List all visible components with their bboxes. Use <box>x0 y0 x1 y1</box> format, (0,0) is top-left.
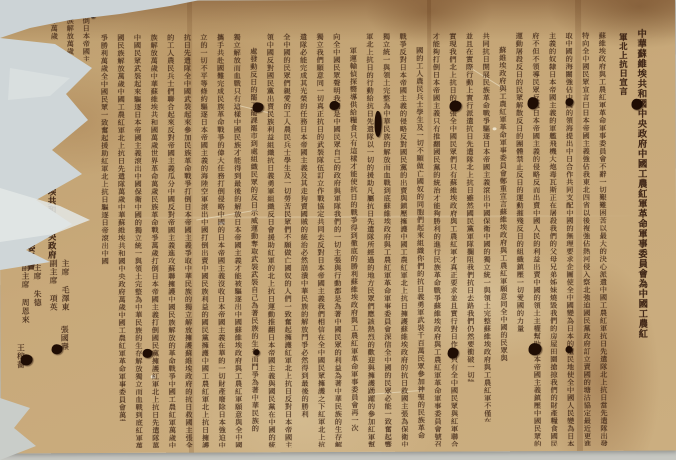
body-column: 的工人農民兵士們聯合起來反對帝國主義瓜分中國反對帝國主義進攻蘇聯擁護中國民族解放… <box>166 34 178 448</box>
ink-blot <box>449 100 461 111</box>
body-column: 實現我們北上抗日的主張全中國民眾們只有蘇維埃政府與工農紅軍才真正要求並且實行對日… <box>448 32 460 446</box>
body-column: 特向全中國民眾宣言曰日本帝國主義強佔我東北四省以後複強佔熱河侵入察北強迫國民黨政… <box>581 32 593 446</box>
body-column: 攜手共赴國難完成民族革命戰爭的偉大任務打倒侵略中國的日本帝國主義沒收日本帝國主義… <box>216 33 228 447</box>
ink-blot <box>374 111 381 137</box>
body-column: 領中國反對國民黨出賣民族利益組織抗日義勇軍組織反日會援助紅軍的北上抗日運動推翻日… <box>266 33 278 447</box>
signature-name-zhou-enlai: 副主席 周恩來 <box>19 263 30 339</box>
ink-blot-layer <box>0 0 675 1</box>
paper-speck <box>493 127 497 130</box>
fragment-column: 民族解放萬歲 <box>65 9 75 61</box>
photograph: 中華蘇維埃共和國中央政府中國工農紅軍革命軍事委員會為中國工農紅軍北上抗日宣言蘇維… <box>0 0 676 460</box>
body-column: 中國民眾武裝起來驅逐日本帝國主義滾出中國保衛中國的獨立統一與領土完整為中華民族的… <box>133 34 145 448</box>
body-column: 獨立解放而血戰只有這樣中國民族才能得到最後的解放日本帝國主義才能被驅逐出中國蘇維… <box>232 33 244 447</box>
body-column: 抗日先遣隊全中國武裝起來參加民族革命戰爭打倒日本帝國主義爭取中華民族的獨立解放擁… <box>183 34 195 448</box>
body-column: 國民族解放萬歲中國工農紅軍北上抗日先遣隊萬歲中華蘇維埃共和國中央政府萬歲中國工農… <box>116 34 127 421</box>
body-column: 遣隊必能完成其光榮的任務日本帝國主義及其走狗賣國賊的統治必然崩潰中華民族的解放鬥… <box>299 33 310 430</box>
ink-blot <box>252 102 263 112</box>
body-column: 戰爭反對日本帝國主義的侵略反對國民黨的出賣與鎮壓擁護中國工農紅軍北上抗日擁護蘇維… <box>398 33 410 447</box>
title-column: 軍北上抗日宣言 <box>616 33 628 113</box>
signature-name-zhu-de: 主席 朱德 <box>31 263 42 315</box>
body-column: 共同抗日開展民族革命戰爭驅逐日本帝國主義滾出中國保衛中國的獨立統一與領土完整蘇維… <box>481 32 492 421</box>
body-column: 才能夠打倒日本帝國主義只有推翻國民黨的統治才能夠勝利的進行民族革命戰爭蘇維埃政府… <box>432 33 444 447</box>
body-column: 主義的奴隸日本帝國主義的軍艦飛機大炮毒瓦斯正在屠殺我們的父母兄弟姊妹燒毀我們的房… <box>548 32 560 446</box>
body-column: 蘇維埃政府與工農紅軍革命軍事委員會鄭重宣言蘇維埃政府與工農紅軍願意同全中國的民眾… <box>498 46 509 361</box>
body-column: 蘇維埃政府與工農紅軍革命軍事委員會不辭一切艱難困苦以最大的決心派遣中國工農紅軍抗… <box>598 32 610 446</box>
body-column: 族解放萬歲中華蘇維埃共和國萬歲世界革命萬歲民族革命戰爭萬歲打倒日本帝國主義打倒國… <box>149 34 161 448</box>
title-column: 中華蘇維埃共和國中央政府中國工農紅軍革命軍事委員會為中國工農紅 <box>633 29 648 449</box>
body-column: 向全中國民眾聲明我們是中國民眾自己的政府與軍隊我們的一切主張與行動都是為著中國民… <box>332 33 344 447</box>
signature-name-xiang-ying: 副主席 項英 <box>47 259 58 327</box>
signature-org-central-government: 中華蘇維埃共和國中央政府 <box>44 151 56 263</box>
body-column: 軍北上抗日的行動給抗日先遣隊以一切的援助凡屬抗日先遣隊所經過的地方民眾們應該熱烈… <box>365 33 377 447</box>
ink-blot <box>21 354 33 365</box>
body-column: 取中國的海關強佔中國的領海提出中日合作共同支配中國的無理要求企圖使全中國變為日本… <box>564 32 576 446</box>
body-column: 獨立我們願意同一切真正抗日的武裝隊伍訂立作戰協定共同去反對日本帝國主義我們相信在… <box>315 33 327 447</box>
fragment-column: 紅軍萬歲 <box>49 9 59 61</box>
body-column: 爭勝利萬歲全中國民眾一致奮起援助紅軍北上抗日驅逐日帝滾出中國 <box>100 34 111 413</box>
document-paper: 中華蘇維埃共和國中央政府中國工農紅軍革命軍事委員會為中國工農紅軍北上抗日宣言蘇維… <box>0 0 676 453</box>
body-column: 立的一切不平等條約驅逐日本帝國主義的海陸空軍滾出中國打倒出賣中國民族利益的國民黨… <box>199 34 211 448</box>
body-column: 軍運輸偵探嚮導供給糧食只有這樣才能使抗日的戰爭得到徹底的勝利蘇維埃政府與工農紅軍… <box>349 47 360 447</box>
body-column: 府不但不領導民眾反抗日本帝國主義的侵略反而出賣中國人民的利益出賣中國的領土主權幫… <box>531 32 543 446</box>
signature-name-mao-zedong: 主席 毛澤東 <box>59 259 70 319</box>
body-column: 全中國的民眾們親愛的工人農民兵士學生及一切勞苦民眾們不願做亡國奴的人們一致奮起擁… <box>282 33 294 447</box>
text-layer: 中華蘇維埃共和國中央政府中國工農紅軍革命軍事委員會為中國工農紅軍北上抗日宣言蘇維… <box>0 0 675 1</box>
body-column: 運動屠殺反日的民眾解散反日的團體禁止反日的運動摧殘反日的組織鎮壓一切愛國的力量 <box>515 32 526 401</box>
body-column: 國的工人農民兵士學生及一切不願做亡國奴的同胞們起來組織你們的抗日義勇軍武裝千百萬… <box>415 47 426 447</box>
signature-name-zhang-guotao: 張國燾 <box>58 325 69 359</box>
body-column: 並且在實際行動上實行派遣抗日先遣隊北上抗日雖然國民黨軍隊攔阻我們抗日去路我們仍然… <box>465 32 476 381</box>
body-column: 獨立統一與領土完整為中華民族的解放而血戰到底蘇維埃政府與工農紅軍革命軍事委員會深… <box>382 33 394 447</box>
ink-blot <box>90 13 95 18</box>
signature-org-military-commission: 中國工農紅軍革命軍事委員會 <box>23 153 35 275</box>
